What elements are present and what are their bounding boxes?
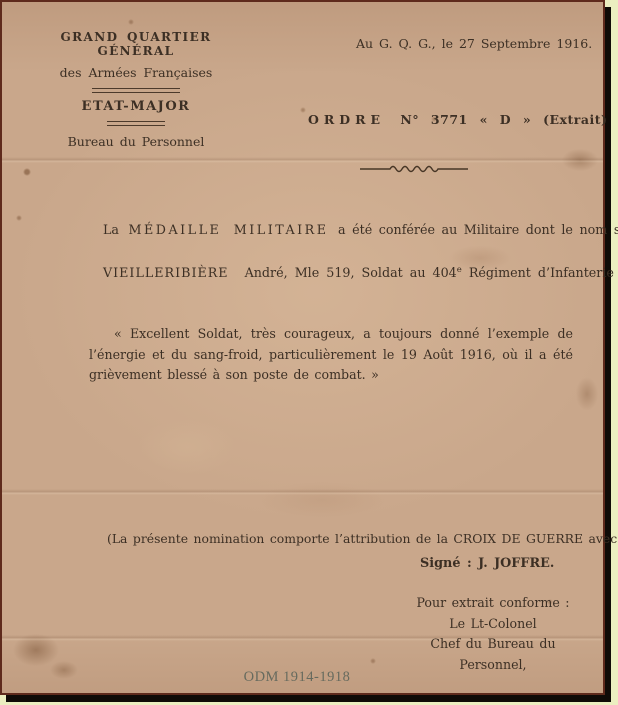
intro-line: La MÉDAILLE MILITAIRE a été conférée au … <box>103 222 618 237</box>
dateline: Au G. Q. G., le 27 Septembre 1916. <box>356 36 592 51</box>
signature-line: Signé : J. JOFFRE. <box>420 556 554 571</box>
citation-text: « Excellent Soldat, très courageux, a to… <box>89 324 573 386</box>
letterhead-divider <box>107 121 165 126</box>
croix-de-guerre-note: (La présente nomination comporte l’attri… <box>107 531 618 546</box>
intro-suffix: a été conférée au Militaire dont le nom … <box>338 222 618 237</box>
letterhead: GRAND QUARTIER GÉNÉRAL des Armées França… <box>28 30 244 149</box>
officer-role: Chef du Bureau du Personnel, <box>399 634 587 675</box>
medal-name: MÉDAILLE MILITAIRE <box>129 222 329 237</box>
recipient-line: VIEILLERIBIÈRE André, Mle 519, Soldat au… <box>103 265 618 280</box>
letterhead-bureau: Bureau du Personnel <box>28 134 244 149</box>
scanned-order-document: GRAND QUARTIER GÉNÉRAL des Armées França… <box>0 0 605 695</box>
order-title-number: N° 3771 « D » (Extrait) <box>400 112 607 127</box>
order-title-word: ORDRE <box>308 112 385 127</box>
recipient-details: André, Mle 519, Soldat au 404 <box>245 265 457 280</box>
certification-block: Pour extrait conforme : Le Lt-Colonel Ch… <box>399 593 587 675</box>
letterhead-divider <box>92 88 180 93</box>
paper-crease <box>2 489 603 495</box>
intro-prefix: La <box>103 222 119 237</box>
order-title: ORDRE N° 3771 « D » (Extrait) <box>308 112 607 127</box>
recipient-regiment: Régiment d’Infanterie : <box>469 265 618 280</box>
paper-crease <box>2 157 603 163</box>
wavy-divider <box>358 163 470 175</box>
letterhead-division: ETAT-MAJOR <box>28 99 244 114</box>
letterhead-subtitle: des Armées Françaises <box>28 65 244 80</box>
recipient-name: VIEILLERIBIÈRE <box>103 265 229 280</box>
certification-line: Pour extrait conforme : <box>399 593 587 614</box>
ordinal-superscript: e <box>457 265 462 275</box>
site-watermark: ODM 1914-1918 <box>172 669 422 686</box>
letterhead-org: GRAND QUARTIER GÉNÉRAL <box>28 30 244 58</box>
officer-rank: Le Lt-Colonel <box>399 614 587 635</box>
